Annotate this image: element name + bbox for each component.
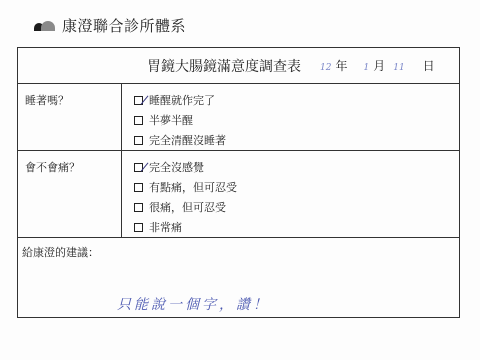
suggestion-label: 給康澄的建議：	[22, 244, 99, 260]
suggestion-handwritten-answer[interactable]: 只能說一個字，讚！	[117, 294, 270, 314]
mountain-logo-icon	[34, 21, 56, 31]
option-label: 有點痛，但可忍受	[149, 179, 237, 195]
day-label: 日	[423, 57, 435, 74]
year-value[interactable]: 12	[320, 63, 331, 73]
form-header: 胃鏡大腸鏡滿意度調查表 12 年 1 月 11 日	[18, 48, 459, 84]
checkbox-checked-icon[interactable]	[134, 96, 143, 105]
question-label: 睡著嗎？	[25, 92, 69, 108]
option-checkbox[interactable]: 完全清醒沒睡著	[134, 130, 226, 150]
checkbox-icon[interactable]	[134, 116, 143, 125]
option-label: 非常痛	[149, 219, 182, 235]
checkbox-icon[interactable]	[134, 203, 143, 212]
clinic-name: 康澄聯合診所體系	[62, 15, 186, 36]
option-checkbox[interactable]: 非常痛	[134, 217, 237, 237]
date-field: 12 年 1 月 11 日	[320, 57, 439, 74]
option-label: 完全清醒沒睡著	[149, 132, 226, 148]
option-checkbox[interactable]: 有點痛，但可忍受	[134, 177, 237, 197]
checkbox-icon[interactable]	[134, 183, 143, 192]
option-checkbox[interactable]: 睡醒就作完了	[134, 90, 226, 110]
month-label: 月	[373, 57, 385, 74]
suggestion-section: 給康澄的建議： 只能說一個字，讚！	[18, 237, 459, 317]
checkbox-checked-icon[interactable]	[134, 163, 143, 172]
option-checkbox[interactable]: 完全沒感覺	[134, 157, 237, 177]
question-row-sleep: 睡著嗎？ 睡醒就作完了 半夢半醒 完全清醒沒睡著	[18, 83, 459, 151]
option-checkbox[interactable]: 半夢半醒	[134, 110, 226, 130]
day-value[interactable]: 11	[393, 63, 404, 73]
form-title: 胃鏡大腸鏡滿意度調查表	[147, 56, 301, 76]
option-label: 半夢半醒	[149, 112, 193, 128]
option-checkbox[interactable]: 很痛，但可忍受	[134, 197, 237, 217]
question-label: 會不會痛？	[25, 159, 80, 175]
year-label: 年	[335, 57, 347, 74]
option-label: 完全沒感覺	[149, 159, 204, 175]
question-row-pain: 會不會痛？ 完全沒感覺 有點痛，但可忍受 很痛，但可忍受 非常痛	[18, 150, 459, 238]
survey-form: 胃鏡大腸鏡滿意度調查表 12 年 1 月 11 日 睡著嗎？ 睡醒就作完了 半夢…	[17, 47, 460, 318]
checkbox-icon[interactable]	[134, 223, 143, 232]
option-label: 很痛，但可忍受	[149, 199, 226, 215]
clinic-brand: 康澄聯合診所體系	[34, 15, 186, 36]
month-value[interactable]: 1	[363, 63, 369, 73]
checkbox-icon[interactable]	[134, 136, 143, 145]
option-label: 睡醒就作完了	[149, 92, 215, 108]
